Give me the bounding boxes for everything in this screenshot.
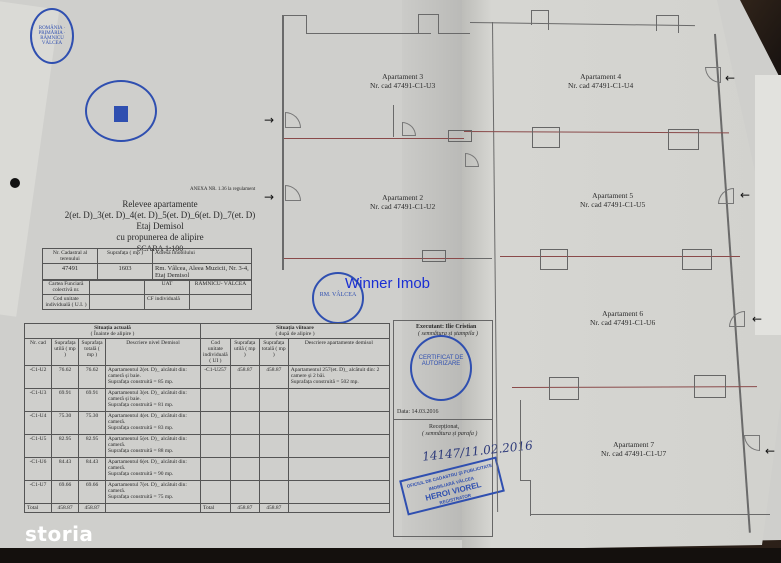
cell-util: 84.43 [52,458,79,481]
wall [548,10,549,30]
cell-cad: -C1-U4 [25,412,52,435]
total-label: Total [25,504,52,513]
room-apartment-4: Apartament 4 Nr. cad 47491-C1-U4 [568,72,633,90]
room-name: Apartament 7 [613,440,654,449]
header-cadastral: Nr. Cadastral al terenului [43,249,98,264]
cell-cf-label: Cartea Funciară colectivă nr. [43,280,90,295]
cell-total: 82.95 [79,435,106,458]
cell-future-empty [288,458,389,481]
annex-label: ANEXA NR. 1.36 la regulament [190,187,255,192]
coat-of-arms-icon [114,106,128,122]
entry-arrow-icon: ← [740,188,750,202]
total-blank [106,504,201,513]
entry-arrow-icon: ← [752,312,762,326]
table-edge [0,548,781,563]
cell-future-empty [230,389,259,412]
cell-desc: Apartamentul 5(et. D)_ alcătuit din: cam… [106,435,201,458]
column [694,375,726,398]
built-area-text: Suprafața construită = 90 mp. [108,471,198,477]
wall [393,105,394,137]
cell-total: 75.30 [79,412,106,435]
reception-label: Recepționat, [429,424,459,430]
cell-future-empty [201,458,231,481]
title-line-4: cu propunerea de alipire [40,232,280,243]
header-address: Adresa imobilului [153,249,252,264]
desc-text: Apartamentul 6(et. D)_ alcătuit din: cam… [108,459,198,471]
table-row: -C1-U369.9169.91Apartamentul 3(et. D)_ a… [25,389,390,412]
entry-arrow-icon: → [264,190,274,204]
future-built-text: Suprafața construită = 502 mp. [291,379,387,385]
authorization-stamp: CERTIFICAT DE AUTORIZARE [410,335,472,401]
wall [438,33,470,34]
storia-logo: storia [25,522,93,546]
room-apartment-2: Apartament 2 Nr. cad 47491-C1-U2 [370,193,435,211]
cell-future-empty [288,389,389,412]
column [448,130,472,142]
cell-total: 76.62 [79,366,106,389]
land-book-table: Cartea Funciară colectivă nr. UAT RÂMNIC… [42,279,252,310]
built-area-text: Suprafața construită = 81 mp. [108,402,198,408]
cell-cf-individual-value [190,295,252,310]
cell-desc: Apartamentul 6(et. D)_ alcătuit din: cam… [106,458,201,481]
executant-label: Executant: Ilie Cristian [416,324,476,330]
built-area-text: Suprafața construită = 88 mp. [108,448,198,454]
cell-area: 1603 [98,264,153,281]
wall [656,15,678,16]
punch-hole [10,178,20,188]
cell-future-empty [259,389,288,412]
cell-future-util: 458.87 [230,366,259,389]
column [549,377,579,400]
col-future-desc: Descriere apartamente demisol [288,339,389,366]
column [682,249,712,270]
cell-future-empty [201,389,231,412]
cell-desc: Apartamentul 7(et. D)_ alcătuit din: cam… [106,481,201,504]
room-apartment-6: Apartament 6 Nr. cad 47491-C1-U6 [590,309,655,327]
wall [306,15,307,33]
cell-util: 69.66 [52,481,79,504]
room-cad: Nr. cad 47491-C1-U3 [370,81,435,90]
cell-future-cod: -C1-U257 [201,366,231,389]
cell-cf-value [90,280,145,295]
room-cad: Nr. cad 47491-C1-U5 [580,200,645,209]
room-cad: Nr. cad 47491-C1-U4 [568,81,633,90]
room-name: Apartament 4 [580,72,621,81]
wall [531,10,548,11]
col-desc: Descriere nivel Demisol [106,339,201,366]
entry-arrow-icon: ← [765,444,775,458]
cell-future-empty [288,435,389,458]
romania-stamp-main [85,80,157,142]
cell-util: 69.91 [52,389,79,412]
wall [678,15,679,33]
cell-future-empty [259,435,288,458]
wall [531,10,532,25]
cell-cf-individual-label: CF individuală [145,295,190,310]
cell-future-empty [259,412,288,435]
cell-future-empty [230,412,259,435]
cell-future-empty [259,481,288,504]
column [422,250,446,262]
cell-uat-value: RÂMNICU- VÂLCEA [190,280,252,295]
future-situation-header: Situația viitoare ( după de alipire ) [201,324,390,339]
col-nr-cad: Nr. cad [25,339,52,366]
table-row: -C1-U769.6669.66Apartamentul 7(et. D)_ a… [25,481,390,504]
desc-text: Apartamentul 5(et. D)_ alcătuit din: cam… [108,436,198,448]
built-area-text: Suprafața construită = 83 mp. [108,425,198,431]
future-total-blank [288,504,389,513]
future-desc-text: Apartamentul 257(et. D)_ alcătuit din: 2… [291,367,387,379]
cell-future-empty [201,412,231,435]
cell-address: Rm. Vâlcea, Aleea Muzicii, Nr. 3-4, Etaj… [153,264,252,281]
cell-future-empty [201,481,231,504]
room-name: Apartament 2 [382,193,423,202]
room-cad: Nr. cad 47491-C1-U2 [370,202,435,211]
future-total-util: 458.87 [230,504,259,513]
cell-future-empty [230,435,259,458]
entry-arrow-icon: → [264,113,274,127]
cell-cadastral: 47491 [43,264,98,281]
header-area: Suprafața ( mp ) [98,249,153,264]
cell-uat-label: UAT [145,280,190,295]
desc-text: Apartamentul 2(et. D)_ alcătuit din: cam… [108,367,198,379]
cell-ui-label: Cod unitate individuală ( U.I. ) [43,295,90,310]
cell-total: 84.43 [79,458,106,481]
cell-util: 76.62 [52,366,79,389]
wall [438,14,439,34]
col-future-total: Suprafața totală ( mp ) [259,339,288,366]
wall [520,480,530,481]
column [540,249,568,270]
watermark-winner-imob: Winner Imob [345,275,430,292]
cell-future-desc: Apartamentul 257(et. D)_ alcătuit din: 2… [288,366,389,389]
wall [520,400,521,480]
room-name: Apartament 6 [602,309,643,318]
wall [656,15,657,31]
executant-divider [394,419,492,420]
cell-desc: Apartamentul 4(et. D)_ alcătuit din: cam… [106,412,201,435]
col-util: Suprafața utilă ( mp ) [52,339,79,366]
background-paper [755,75,781,335]
room-cad: Nr. cad 47491-C1-U6 [590,318,655,327]
desc-text: Apartamentul 7(et. D)_ alcătuit din: cam… [108,482,198,494]
future-total-total: 458.87 [259,504,288,513]
cell-util: 82.95 [52,435,79,458]
table-row: -C1-U582.9582.95Apartamentul 5(et. D)_ a… [25,435,390,458]
cell-future-empty [288,412,389,435]
cell-desc: Apartamentul 2(et. D)_ alcătuit din: cam… [106,366,201,389]
wall [306,33,431,34]
partition-u3-u2 [284,138,464,139]
romania-stamp-top: ROMÂNIA · PRIMĂRIA · RÂMNICU VÂLCEA [30,8,74,64]
total-util: 458.87 [52,504,79,513]
column [668,129,699,150]
table-row: -C1-U684.4384.43Apartamentul 6(et. D)_ a… [25,458,390,481]
room-cad: Nr. cad 47491-C1-U7 [601,449,666,458]
table-row: -C1-U475.3075.30Apartamentul 4(et. D)_ a… [25,412,390,435]
column [532,127,560,148]
wall-bottom-right [530,514,770,515]
room-apartment-3: Apartament 3 Nr. cad 47491-C1-U3 [370,72,435,90]
future-subtitle: ( după de alipire ) [275,331,314,337]
current-situation-header: Situația actuală ( Înainte de alipire ) [25,324,201,339]
cell-total: 69.91 [79,389,106,412]
col-future-util: Suprafața utilă ( mp ) [230,339,259,366]
room-name: Apartament 5 [592,191,633,200]
desc-text: Apartamentul 4(et. D)_ alcătuit din: cam… [108,413,198,425]
cell-future-empty [230,458,259,481]
current-subtitle: ( Înainte de alipire ) [91,331,135,337]
situation-table: Situația actuală ( Înainte de alipire ) … [24,323,390,513]
room-apartment-7: Apartament 7 Nr. cad 47491-C1-U7 [601,440,666,458]
cell-util: 75.30 [52,412,79,435]
title-line-2: 2(et. D)_3(et. D)_4(et. D)_5(et. D)_6(et… [40,210,280,221]
cell-ui-value [90,295,145,310]
wall [282,15,306,16]
total-total: 458.87 [79,504,106,513]
table-row: -C1-U276.6276.62Apartamentul 2(et. D)_ a… [25,366,390,389]
cell-cad: -C1-U5 [25,435,52,458]
cell-future-total: 458.87 [259,366,288,389]
built-area-text: Suprafața construită = 85 mp. [108,379,198,385]
room-apartment-5: Apartament 5 Nr. cad 47491-C1-U5 [580,191,645,209]
room-name: Apartament 3 [382,72,423,81]
cell-future-empty [288,481,389,504]
cell-cad: -C1-U7 [25,481,52,504]
desc-text: Apartamentul 3(et. D)_ alcătuit din: cam… [108,390,198,402]
cell-future-empty [230,481,259,504]
wall [418,14,419,34]
cell-future-empty [259,458,288,481]
wall [530,480,531,516]
cell-cad: -C1-U3 [25,389,52,412]
cell-desc: Apartamentul 3(et. D)_ alcătuit din: cam… [106,389,201,412]
built-area-text: Suprafața construită = 75 mp. [108,494,198,500]
cell-cad: -C1-U6 [25,458,52,481]
cell-cad: -C1-U2 [25,366,52,389]
wall [418,14,438,15]
col-future-cod: Cod unitate individuală ( UI ) [201,339,231,366]
entry-arrow-icon: ← [725,71,735,85]
reception-sub: ( semnătura și parafa ) [422,431,477,437]
cadastral-info-table: Nr. Cadastral al terenului Suprafața ( m… [42,248,252,281]
title-line-3: Etaj Demisol [40,221,280,232]
document-title: Relevee apartamente 2(et. D)_3(et. D)_4(… [40,199,280,254]
future-total-label: Total [201,504,231,513]
title-line-1: Relevee apartamente [40,199,280,210]
wall-left [282,15,284,270]
cell-future-empty [201,435,231,458]
col-total: Suprafața totală ( mp ) [79,339,106,366]
cell-total: 69.66 [79,481,106,504]
executant-date: Data: 14.03.2016 [397,409,439,415]
